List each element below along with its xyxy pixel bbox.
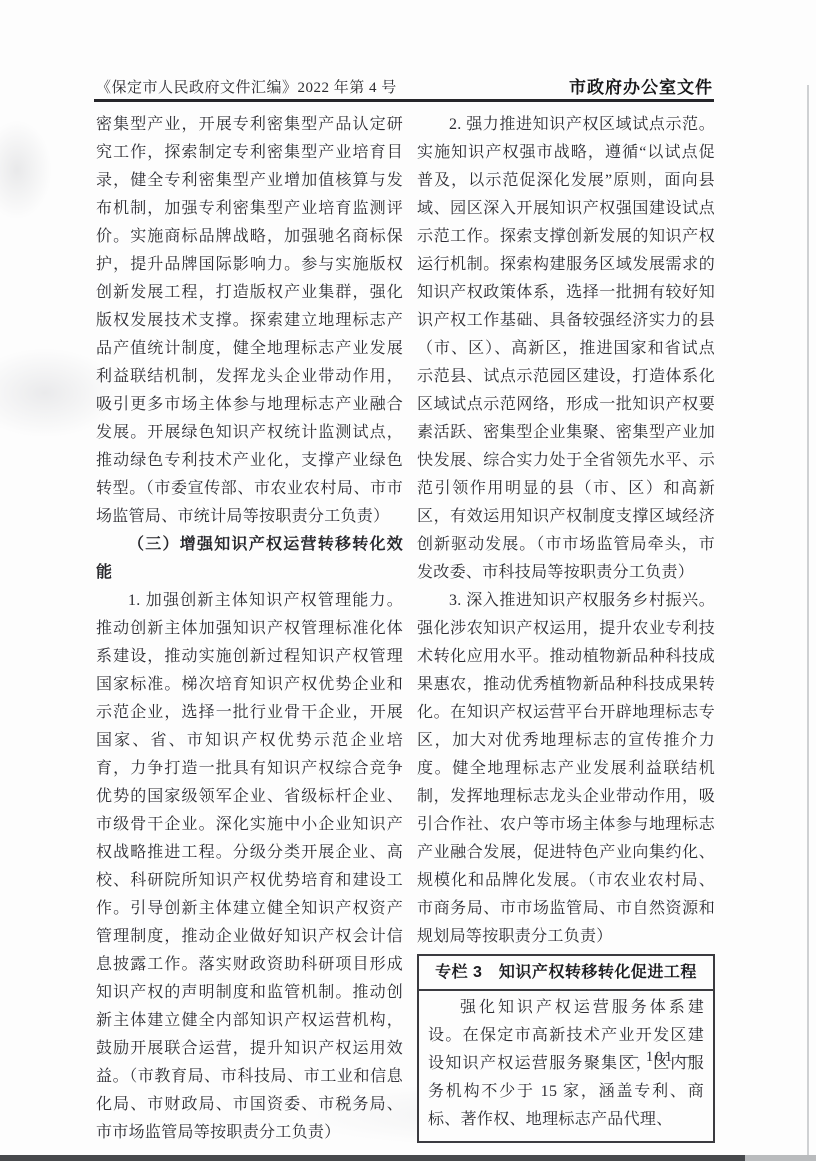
left-column: 密集型产业，开展专利密集型产品认定研究工作，探索制定专利密集型产业培育目录，健全…: [96, 111, 403, 1147]
section-heading: （三）增强知识产权运营转移转化效能: [96, 531, 403, 587]
paragraph: 密集型产业，开展专利密集型产品认定研究工作，探索制定专利密集型产业培育目录，健全…: [96, 111, 403, 531]
scan-edge-bottom: [0, 1155, 745, 1161]
header-rule: [94, 99, 714, 102]
document-page: 《保定市人民政府文件汇编》2022 年第 4 号 市政府办公室文件 密集型产业，…: [0, 0, 816, 1161]
paragraph: 3. 深入推进知识产权服务乡村振兴。强化涉农知识产权运用，提升农业专利技术转化应…: [417, 587, 715, 951]
scan-edge-right: [807, 85, 809, 1155]
header-doc-category: 市政府办公室文件: [569, 73, 713, 98]
callout-box-body: 强化知识产权运营服务体系建设。在保定市高新技术产业开发区建设知识产权运营服务聚集…: [419, 991, 713, 1141]
page-number: — 101 —: [600, 1049, 720, 1066]
callout-box-title: 专栏 3 知识产权转移转化促进工程: [419, 956, 713, 991]
paragraph: 1. 加强创新主体知识产权管理能力。推动创新主体加强知识产权管理标准化体系建设，…: [96, 587, 403, 1147]
right-column-text: 2. 强力推进知识产权区域试点示范。实施知识产权强市战略，遵循“以试点促普及，以…: [417, 111, 715, 951]
scan-edge-bottom-corner: [745, 1155, 816, 1161]
paragraph: 2. 强力推进知识产权区域试点示范。实施知识产权强市战略，遵循“以试点促普及，以…: [417, 111, 715, 587]
right-column: 2. 强力推进知识产权区域试点示范。实施知识产权强市战略，遵循“以试点促普及，以…: [417, 111, 715, 1143]
header-journal-title: 《保定市人民政府文件汇编》2022 年第 4 号: [96, 76, 397, 97]
scan-smudge: [0, 120, 52, 220]
